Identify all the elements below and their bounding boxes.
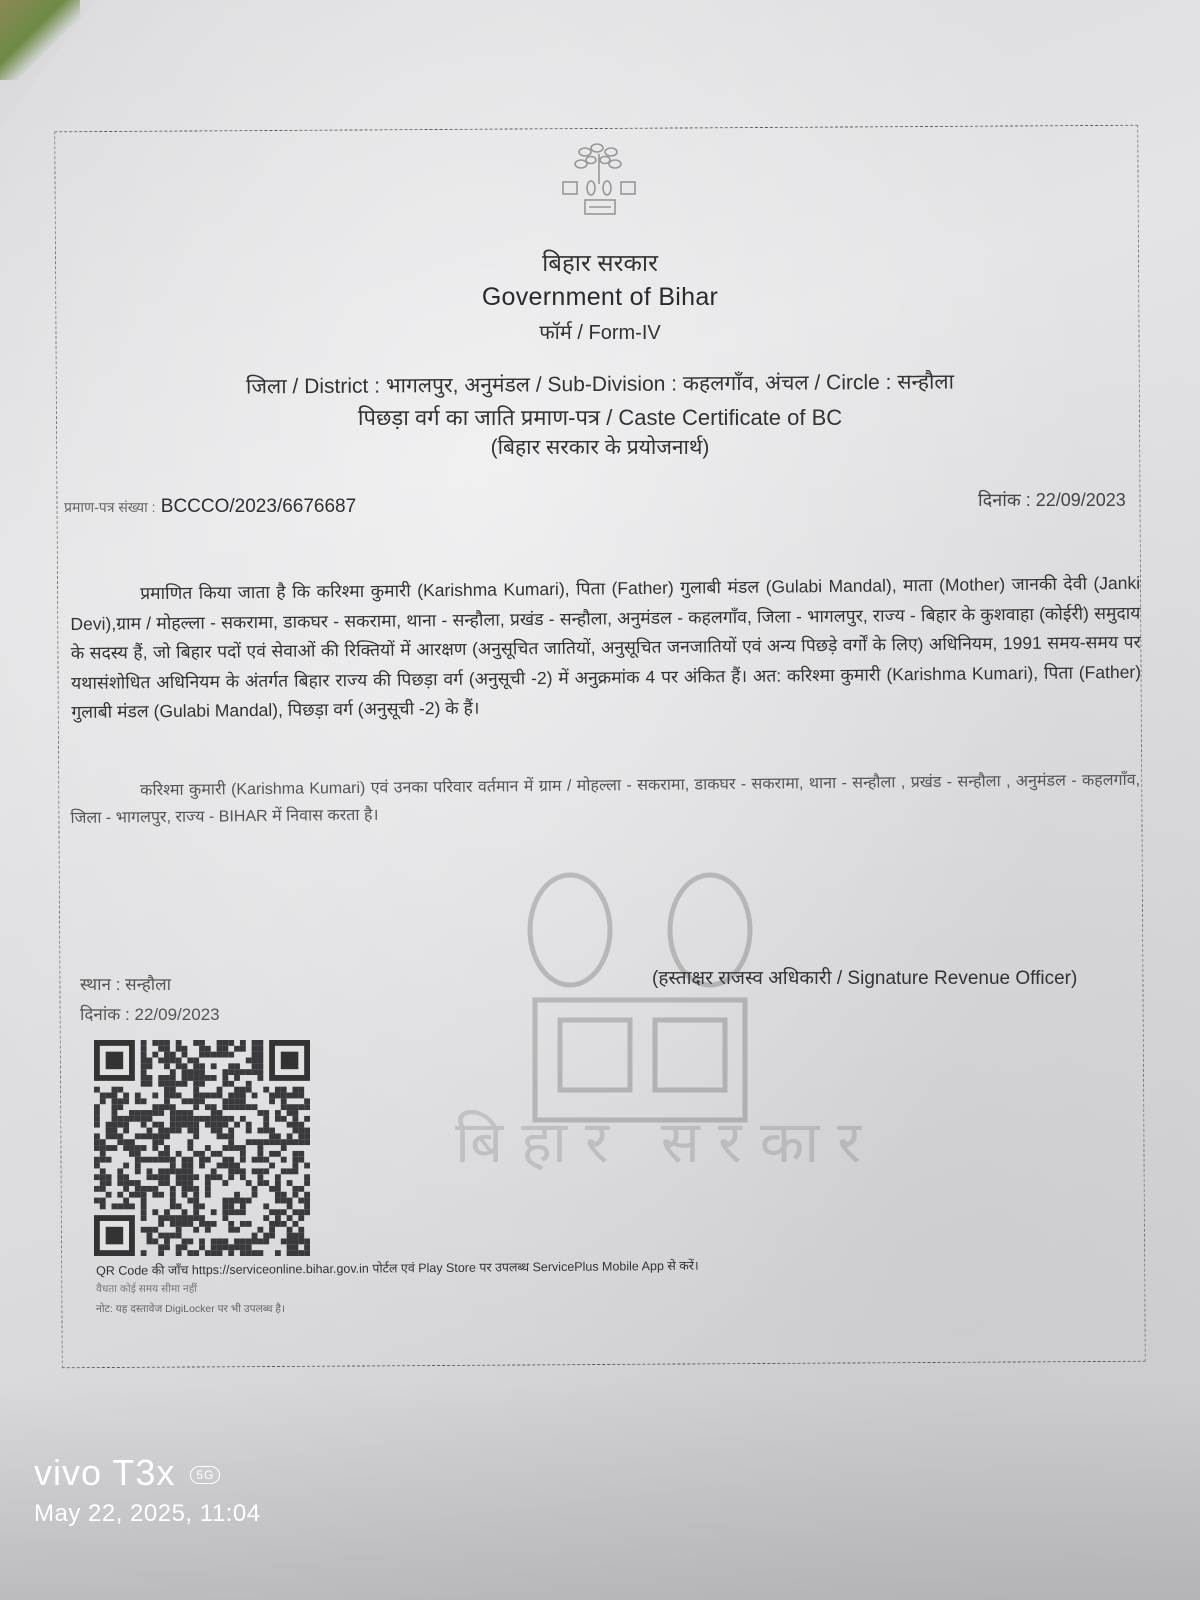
certificate-purpose: (बिहार सरकार के प्रयोजनार्थ) (0, 433, 1200, 461)
certificate-number-label: प्रमाण-पत्र संख्या : (64, 499, 156, 515)
paragraph-2-text: करिश्मा कुमारी (Karishma Kumari) एवं उनक… (70, 772, 1140, 827)
paragraph-1-text: प्रमाणित किया जाता है कि करिश्मा कुमारी … (70, 573, 1141, 722)
issue-date-label: दिनांक : (978, 490, 1031, 510)
5g-badge: 5G (190, 1466, 220, 1484)
camera-watermark-datetime: May 22, 2025, 11:04 (34, 1500, 261, 1528)
certificate-number: प्रमाण-पत्र संख्या : BCCCO/2023/6676687 (64, 496, 356, 518)
qr-code-icon[interactable] (94, 1040, 310, 1256)
certificate-title: पिछड़ा वर्ग का जाति प्रमाण-पत्र / Caste … (0, 402, 1200, 432)
watermark-text: बिहार सरकार (455, 1100, 879, 1179)
issue-date: दिनांक : 22/09/2023 (978, 488, 1126, 512)
camera-watermark-brand: vivo T3x 5G (34, 1452, 220, 1494)
place: स्थान : सन्हौला (80, 972, 171, 995)
govt-title-english: Government of Bihar (0, 283, 1200, 312)
certificate-number-value: BCCCO/2023/6676687 (161, 496, 356, 517)
bihar-emblem-icon (555, 138, 645, 220)
signature-date-value: 22/09/2023 (135, 1005, 220, 1024)
govt-title-hindi: बिहार सरकार (0, 246, 1200, 279)
revenue-officer-signature: (हस्ताक्षर राजस्व अधिकारी / Signature Re… (652, 964, 1077, 990)
digilocker-note: नोट: यह दस्तावेज DigiLocker पर भी उपलब्ध… (96, 1302, 285, 1316)
certification-paragraph: प्रमाणित किया जाता है कि करिश्मा कुमारी … (70, 569, 1141, 728)
issue-date-value: 22/09/2023 (1036, 490, 1126, 510)
signature-date: दिनांक : 22/09/2023 (80, 1002, 220, 1025)
signature-date-label: दिनांक : (80, 1005, 130, 1024)
place-label: स्थान : (80, 975, 120, 994)
place-value: सन्हौला (125, 975, 171, 994)
form-number: फॉर्म / Form-IV (0, 318, 1200, 345)
validity-note: वैधता कोई समय सीमा नहीं (96, 1282, 197, 1296)
camera-brand-text: vivo T3x (34, 1452, 175, 1493)
residence-paragraph: करिश्मा कुमारी (Karishma Kumari) एवं उनक… (70, 767, 1141, 832)
